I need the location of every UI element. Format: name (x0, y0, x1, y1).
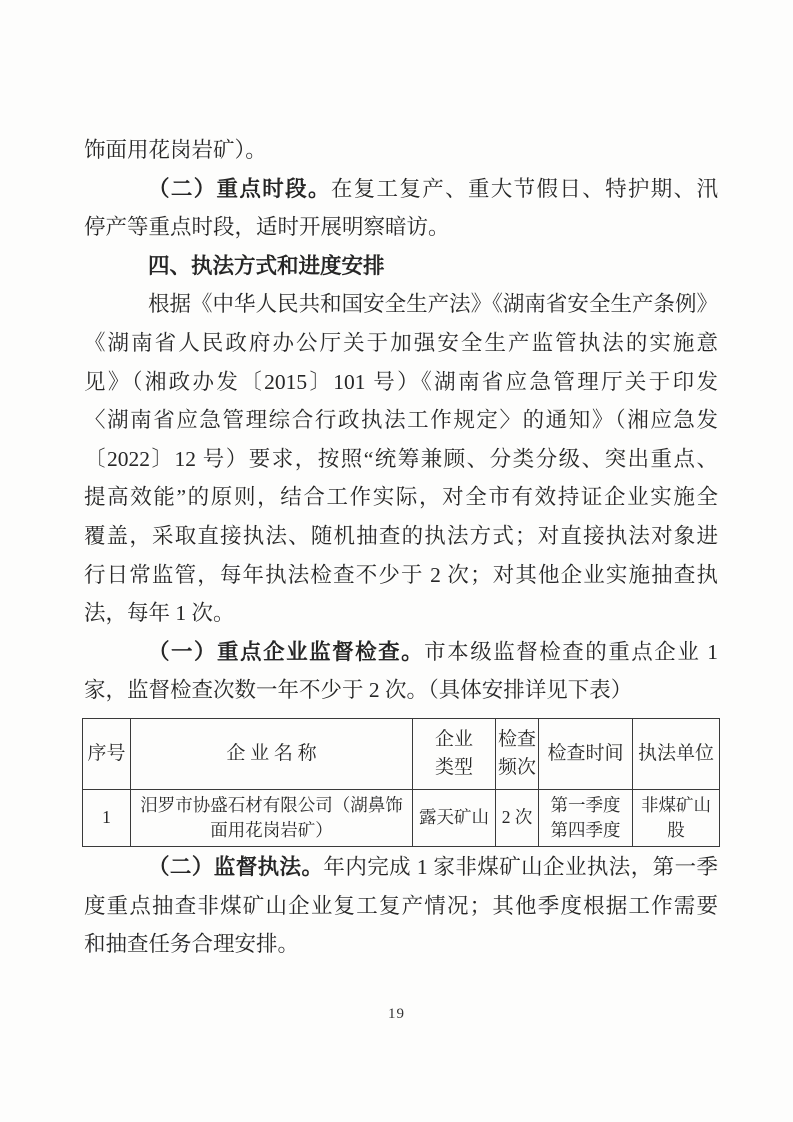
cell-enforcement-unit: 非煤矿山股 (633, 789, 720, 846)
cell-company-name: 汨罗市协盛石材有限公司（湖鼻饰面用花岗岩矿） (131, 789, 413, 846)
document-page: 饰面用花岗岩矿）。 （二）重点时段。在复工复产、重大节假日、特护期、汛期、 停产… (0, 0, 793, 1122)
body-line: 度重点抽查非煤矿山企业复工复产情况；其他季度根据工作需要 (84, 887, 718, 926)
body-line: 法，每年 1 次。 (84, 594, 718, 633)
table-header-row: 序号 企 业 名 称 企业 类型 检查 频次 检查时间 执法单位 (83, 718, 720, 789)
paragraph-lead: （一）重点企业监督检查。 (148, 640, 424, 664)
body-line: 家，监督检查次数一年不少于 2 次。（具体安排详见下表） (84, 671, 718, 710)
body-line: 覆盖，采取直接执法、随机抽查的执法方式；对直接执法对象进 (84, 517, 718, 556)
body-line: （二）监督执法。年内完成 1 家非煤矿山企业执法，第一季 (84, 848, 718, 887)
body-line: 见》（湘政办发〔2015〕101 号）《湖南省应急管理厅关于印发 (84, 363, 718, 402)
paragraph-text: 市本级监督检查的重点企业 1 (424, 640, 718, 664)
body-line: 提高效能”的原则，结合工作实际，对全市有效持证企业实施全 (84, 478, 718, 517)
body-line: 和抽查任务合理安排。 (84, 925, 718, 964)
paragraph-lead: （二）监督执法。 (148, 855, 323, 879)
cell-inspection-frequency: 2 次 (496, 789, 539, 846)
cell-inspection-time: 第一季度 第四季度 (539, 789, 633, 846)
body-line: 〔2022〕12 号）要求，按照“统筹兼顾、分类分级、突出重点、 (84, 440, 718, 479)
paragraph-text: 年内完成 1 家非煤矿山企业执法，第一季 (323, 855, 718, 879)
page-number: 19 (0, 1006, 793, 1023)
col-header-enforcement-unit: 执法单位 (633, 718, 720, 789)
paragraph-lead: （二）重点时段。 (148, 177, 331, 201)
body-line: 〈湖南省应急管理综合行政执法工作规定〉的通知》（湘应急发 (84, 401, 718, 440)
cell-index: 1 (83, 789, 131, 846)
body-line: （一）重点企业监督检查。市本级监督检查的重点企业 1 (84, 633, 718, 672)
table-row: 1 汨罗市协盛石材有限公司（湖鼻饰面用花岗岩矿） 露天矿山 2 次 第一季度 第… (83, 789, 720, 846)
cell-company-type: 露天矿山 (413, 789, 496, 846)
body-line: 饰面用花岗岩矿）。 (84, 131, 718, 170)
body-line: 停产等重点时段，适时开展明察暗访。 (84, 208, 718, 247)
section-heading: 四、执法方式和进度安排 (84, 247, 718, 286)
inspection-plan-table: 序号 企 业 名 称 企业 类型 检查 频次 检查时间 执法单位 1 汨罗市协盛… (82, 718, 720, 847)
col-header-company-name: 企 业 名 称 (131, 718, 413, 789)
body-line: 根据《中华人民共和国安全生产法》《湖南省安全生产条例》 (84, 285, 718, 324)
document-body: 饰面用花岗岩矿）。 （二）重点时段。在复工复产、重大节假日、特护期、汛期、 停产… (84, 131, 718, 964)
col-header-company-type: 企业 类型 (413, 718, 496, 789)
col-header-inspection-time: 检查时间 (539, 718, 633, 789)
col-header-index: 序号 (83, 718, 131, 789)
body-line: （二）重点时段。在复工复产、重大节假日、特护期、汛期、 (84, 170, 718, 209)
body-line: 《湖南省人民政府办公厅关于加强安全生产监管执法的实施意 (84, 324, 718, 363)
col-header-inspection-frequency: 检查 频次 (496, 718, 539, 789)
body-line: 行日常监管，每年执法检查不少于 2 次；对其他企业实施抽查执 (84, 556, 718, 595)
